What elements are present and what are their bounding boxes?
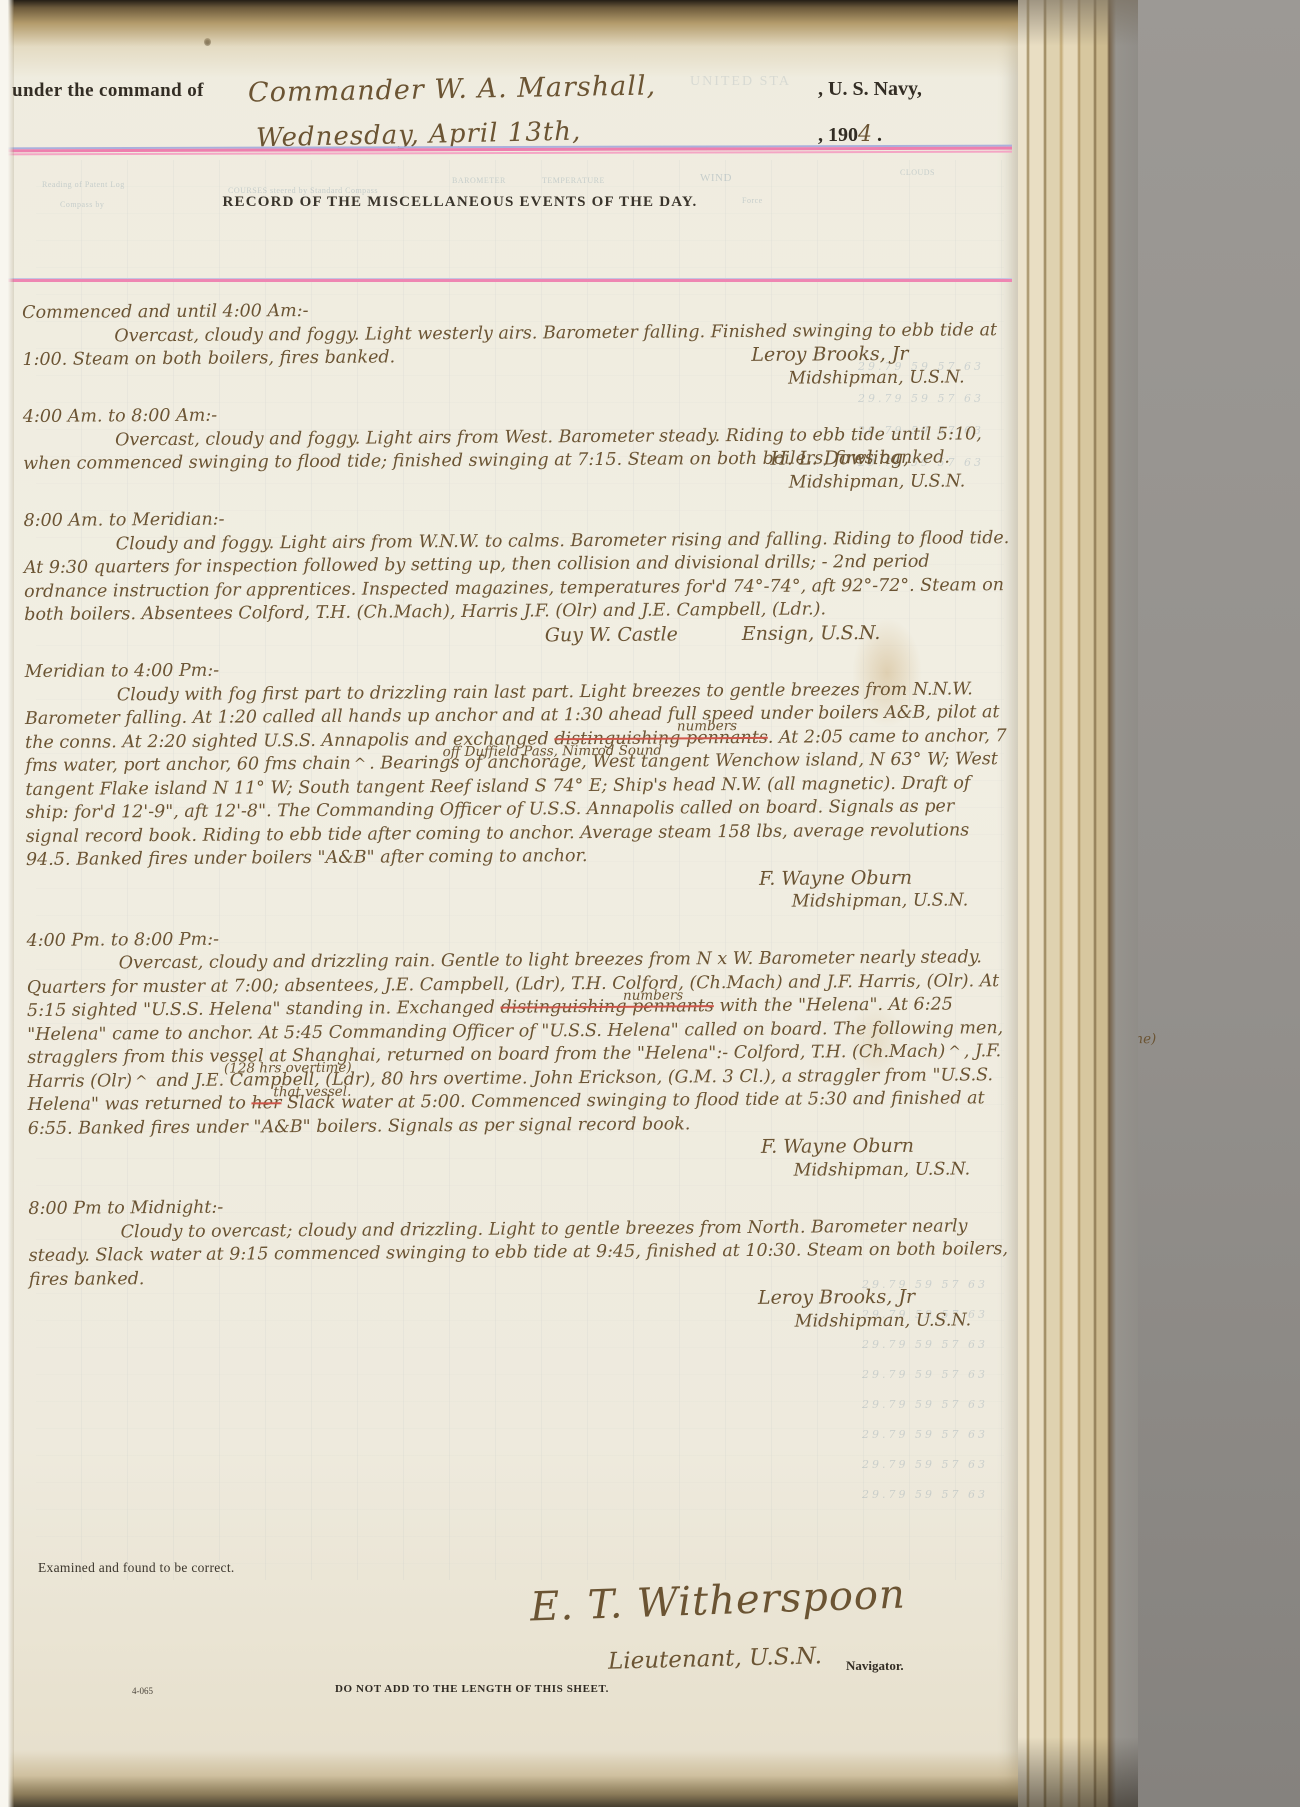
struck-through-text: numbersdistinguishing pennants [500, 996, 714, 1017]
record-title: RECORD OF THE MISCELLANEOUS EVENTS OF TH… [0, 194, 920, 211]
log-entries-column: Commenced and until 4:00 Am:-Overcast, c… [22, 285, 1015, 1339]
ghost-bleed-label: WIND [700, 172, 732, 184]
watch-entry-text: Cloudy and foggy. Light airs from W.N.W.… [24, 527, 1011, 628]
logbook-page: Reading of Patent Log COURSES steered by… [0, 0, 1018, 1807]
ink-blot [768, 84, 777, 94]
year-handwritten: 4 [858, 122, 872, 147]
watch-entry-text: Cloudy to overcast; cloudy and drizzling… [28, 1215, 1014, 1292]
us-navy-label: , U. S. Navy, [818, 78, 922, 101]
watch-entry-text: Cloudy with fog first part to drizzling … [25, 678, 1012, 873]
inserted-above-text: (128 hrs overtime)^ [132, 1071, 151, 1091]
ghost-numbers: 29.79 59 57 63 [862, 1398, 988, 1411]
ghost-numbers: 29.79 59 57 63 [862, 1338, 988, 1351]
navigator-signature: E. T. Witherspoon [529, 1571, 906, 1630]
under-command-label: under the command of [12, 80, 204, 102]
pink-rule-top [0, 145, 1012, 156]
sheet-length-notice: DO NOT ADD TO THE LENGTH OF THIS SHEET. [335, 1683, 609, 1695]
inserted-above-text: (80 hrs overtime)^ [945, 1041, 964, 1061]
ghost-bleed-label: TEMPERATURE [542, 176, 605, 185]
year-prefix: , 190 [818, 124, 858, 146]
page-left-edge [0, 0, 14, 1807]
year-suffix: . [872, 124, 882, 146]
struck-through-text: that vessel.her [251, 1093, 281, 1113]
page-top-shadow [0, 0, 1018, 78]
pink-rule-bottom [0, 278, 1012, 282]
ghost-numbers: 29.79 59 57 63 [862, 1428, 988, 1441]
ghost-numbers: 29.79 59 57 63 [862, 1458, 988, 1471]
book-fore-edge [1018, 0, 1138, 1807]
ink-speck [204, 38, 211, 46]
inserted-above-text: off Duffield Pass, Nimrod Sound^ [351, 754, 370, 774]
year-line: , 1904 . [818, 122, 882, 147]
ghost-numbers: 29.79 59 57 63 [862, 1488, 988, 1501]
watch-entry-text: Overcast, cloudy and drizzling rain. Gen… [27, 946, 1014, 1141]
ghost-bleed-label: CLOUDS [900, 168, 935, 177]
ghost-bleed-label: BAROMETER [452, 176, 506, 185]
commander-name-handwritten: Commander W. A. Marshall, [248, 70, 657, 108]
form-number: 4-065 [132, 1686, 153, 1696]
ghost-bleed-label: Reading of Patent Log [42, 180, 125, 189]
navigator-signature-title: Lieutenant, U.S.N. [608, 1643, 823, 1675]
examined-statement: Examined and found to be correct. [38, 1560, 235, 1576]
ghost-numbers: 29.79 59 57 63 [862, 1368, 988, 1381]
page-bottom-shadow [0, 1750, 1018, 1807]
navigator-printed-label: Navigator. [846, 1658, 904, 1674]
